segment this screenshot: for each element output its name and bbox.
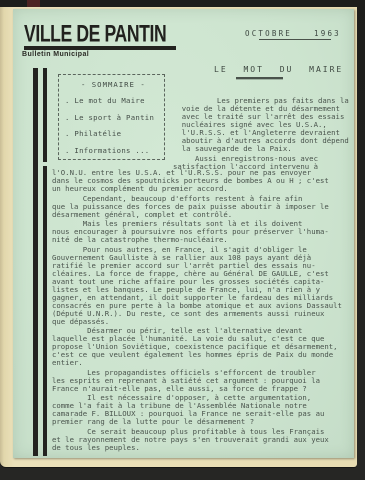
- masthead-subtitle: Bulletin Municipal: [22, 51, 89, 58]
- scanned-bulletin: VILLE DE PANTIN Bulletin Municipal OCTOB…: [0, 0, 365, 480]
- sommaire-item-informations: . Informations ...: [65, 146, 164, 155]
- issue-date: OCTOBRE1963: [245, 29, 341, 38]
- body-paragraph: Ce serait beaucoup plus profitable à tou…: [52, 428, 350, 452]
- body-paragraph: Il est nécessaire d'opposer, à cette arg…: [52, 394, 350, 426]
- issue-year: 1963: [314, 29, 341, 38]
- body-paragraph: l'O.N.U. entre les U.S.A. et l'U.R.S.S. …: [52, 169, 350, 193]
- intro-column: Les premiers pas faits dans la voie de l…: [173, 97, 349, 173]
- article-title: LE MOT DU MAIRE: [214, 65, 343, 74]
- sommaire-item-mot-du-maire: . Le mot du Maire: [65, 96, 164, 105]
- sommaire-title: - SOMMAIRE -: [81, 80, 164, 89]
- body-paragraph: Cependant, beaucoup d'efforts restent à …: [52, 195, 350, 219]
- decorative-bar-left: [33, 68, 38, 456]
- body-paragraph: Désarmer ou périr, telle est l'alternati…: [52, 327, 350, 367]
- body-paragraph: Mais les premiers résultats sont là et i…: [52, 220, 350, 244]
- sommaire-box: - SOMMAIRE - . Le mot du Maire . Le spor…: [58, 74, 165, 160]
- sommaire-item-philatelie: . Philatélie: [65, 129, 164, 138]
- masthead-title: VILLE DE PANTIN: [24, 20, 166, 48]
- article-title-underline: [236, 77, 283, 79]
- decorative-bar-right: [43, 68, 48, 456]
- body-paragraph: Pour nous autres, en France, il s'agit d…: [52, 246, 350, 326]
- masthead-underline: [24, 46, 176, 50]
- sommaire-item-sport: . Le sport à Pantin: [65, 113, 164, 122]
- article-body: l'O.N.U. entre les U.S.A. et l'U.R.S.S. …: [52, 169, 350, 453]
- issue-month: OCTOBRE: [245, 29, 292, 38]
- body-paragraph: Les propagandistes officiels s'efforcent…: [52, 369, 350, 393]
- issue-date-underline: [259, 39, 331, 40]
- bulletin-page: VILLE DE PANTIN Bulletin Municipal OCTOB…: [13, 9, 354, 458]
- body-paragraph: Les premiers pas faits dans la voie de l…: [173, 97, 349, 153]
